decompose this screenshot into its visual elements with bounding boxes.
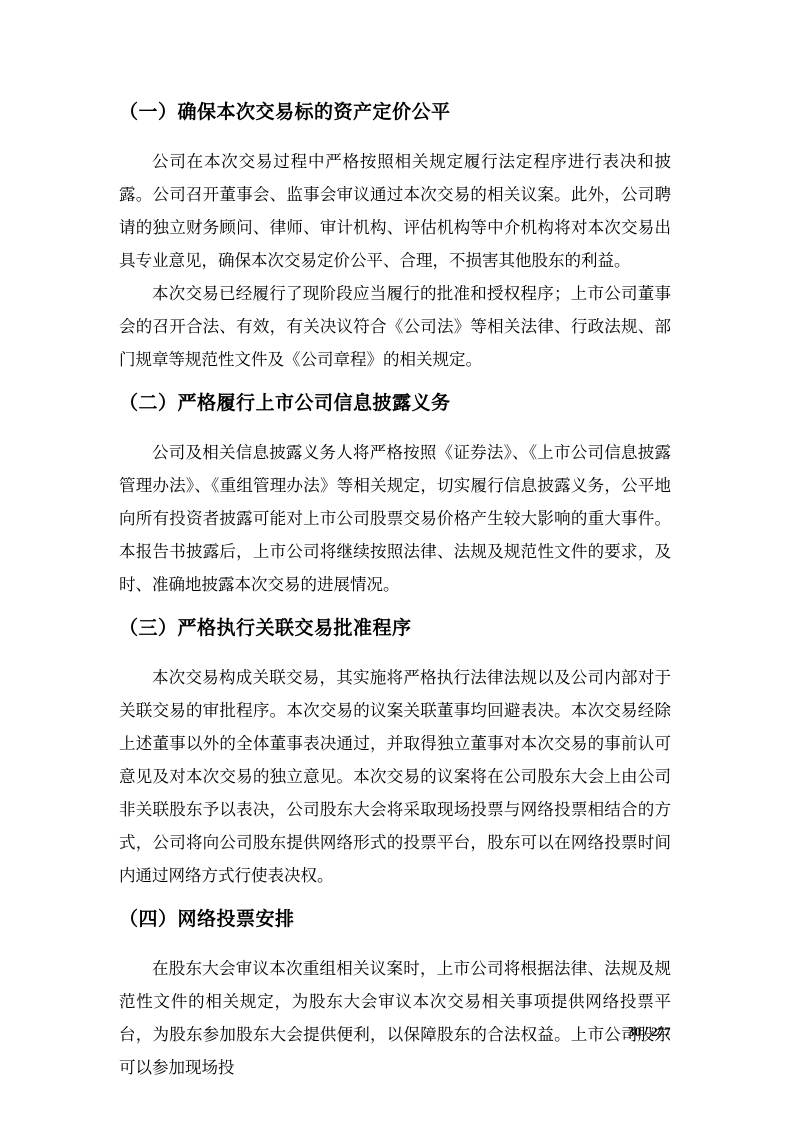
section-4-heading: （四）网络投票安排 [119,908,671,932]
section-2-paragraph-1: 公司及相关信息披露义务人将严格按照《证券法》、《上市公司信息披露管理办法》、《重… [119,436,671,601]
section-3-heading: （三）严格执行关联交易批准程序 [119,617,671,641]
section-1-paragraph-1: 公司在本次交易过程中严格按照相关规定履行法定程序进行表决和披露。公司召开董事会、… [119,145,671,277]
section-2: （二）严格履行上市公司信息披露义务 公司及相关信息披露义务人将严格按照《证券法》… [119,392,671,601]
section-3: （三）严格执行关联交易批准程序 本次交易构成关联交易，其实施将严格执行法律法规以… [119,617,671,892]
document-content: （一）确保本次交易标的资产定价公平 公司在本次交易过程中严格按照相关规定履行法定… [119,101,671,1084]
section-4: （四）网络投票安排 在股东大会审议本次重组相关议案时，上市公司将根据法律、法规及… [119,908,671,1084]
section-1-heading: （一）确保本次交易标的资产定价公平 [119,101,671,125]
section-3-paragraph-1: 本次交易构成关联交易，其实施将严格执行法律法规以及公司内部对于关联交易的审批程序… [119,661,671,892]
page-number: 30 / 277 [628,1024,671,1040]
section-2-heading: （二）严格履行上市公司信息披露义务 [119,392,671,416]
document-page: （一）确保本次交易标的资产定价公平 公司在本次交易过程中严格按照相关规定履行法定… [0,0,793,1122]
section-4-paragraph-1: 在股东大会审议本次重组相关议案时，上市公司将根据法律、法规及规范性文件的相关规定… [119,952,671,1084]
section-1: （一）确保本次交易标的资产定价公平 公司在本次交易过程中严格按照相关规定履行法定… [119,101,671,376]
section-1-paragraph-2: 本次交易已经履行了现阶段应当履行的批准和授权程序；上市公司董事会的召开合法、有效… [119,277,671,376]
